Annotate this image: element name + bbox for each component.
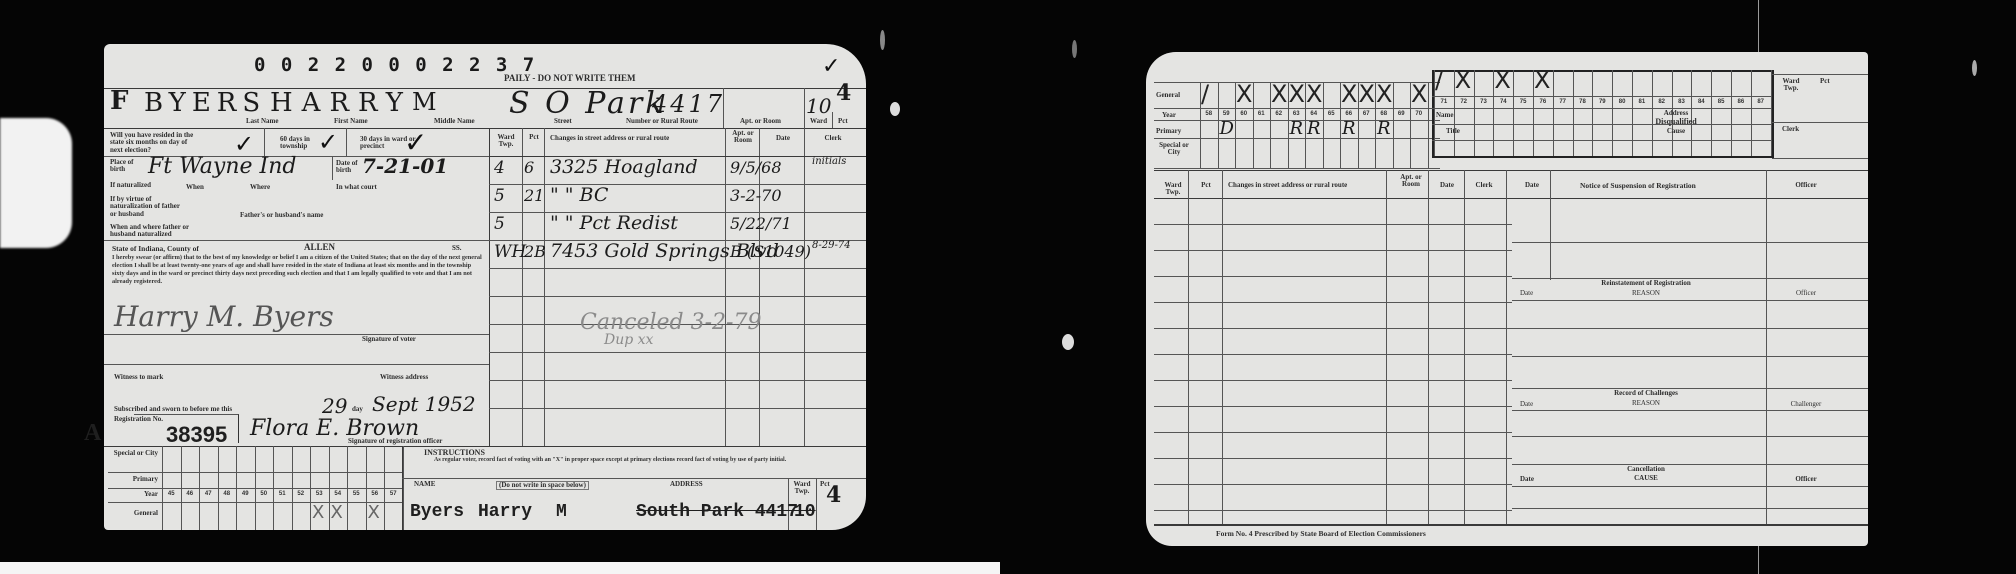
vote-year-back: 69 (1393, 111, 1411, 117)
divider (1154, 484, 1512, 485)
divider (162, 446, 163, 530)
label-changes-col: Changes in street address or rural route (1228, 182, 1347, 189)
vote-year-back: 71 (1434, 99, 1454, 105)
primary-vote-mark: R (1290, 118, 1304, 139)
label-do-not-write: (Do not write in space below) (496, 481, 589, 490)
divider (1512, 300, 1868, 301)
vote-year-back: 73 (1474, 99, 1494, 105)
label-address-col: ADDRESS (670, 481, 703, 488)
divider (1154, 354, 1512, 355)
vote-year: 49 (236, 491, 255, 497)
divider (1154, 108, 1440, 109)
divider (1154, 458, 1512, 459)
primary-vote-mark: R (1307, 118, 1321, 139)
divider (489, 184, 866, 185)
vote-year-back: 65 (1323, 111, 1341, 117)
vote-year-back: 86 (1731, 99, 1751, 105)
general-vote-mark: X (1306, 82, 1322, 106)
label-last-name: Last Name (246, 118, 278, 125)
vote-year-back: 61 (1253, 111, 1271, 117)
divider (1553, 70, 1554, 156)
change-pct: 2B (524, 242, 546, 261)
divider (366, 446, 367, 530)
divider (1751, 70, 1752, 156)
ward-number: 10 (806, 94, 831, 118)
label-pct: Pct (838, 118, 848, 125)
divider (1731, 70, 1732, 156)
divider (1432, 108, 1772, 109)
divider (1772, 158, 1868, 159)
label-middle-name: Middle Name (434, 118, 475, 125)
label-date-cancellation: Date (1520, 476, 1534, 483)
typed-middle-initial: M (556, 502, 567, 522)
general-vote-mark: / (1201, 82, 1209, 106)
vote-year-back: 60 (1235, 111, 1253, 117)
divider (1154, 224, 1512, 225)
divider (1513, 70, 1514, 156)
label-name-col: NAME (414, 481, 435, 488)
divider (1154, 302, 1512, 303)
divider (1428, 82, 1429, 168)
divider (1550, 170, 1551, 280)
label-apt-room-col: Apt. or Room (1396, 174, 1426, 189)
divider (1253, 82, 1254, 168)
label-pct-top: Pct (1820, 78, 1830, 85)
first-name: HARRY (270, 88, 412, 118)
label-number-rural-route: Number or Rural Route (626, 118, 698, 125)
vote-year-back: 62 (1270, 111, 1288, 117)
divider (1512, 486, 1868, 487)
divider (255, 446, 256, 530)
general-vote-mark: / (1435, 68, 1443, 92)
label-apt-of-room: Apt. or Room (728, 130, 758, 145)
change-date: 5/22/71 (730, 214, 792, 233)
label-special-city: Special or City (108, 450, 158, 457)
divider (1154, 328, 1512, 329)
rural-route-number: 4417 (652, 90, 725, 118)
divider (1154, 170, 1868, 171)
vote-year-back: 74 (1493, 99, 1513, 105)
label-signature-officer: Signature of registration officer (348, 438, 442, 445)
label-apt-room: Apt. or Room (740, 118, 781, 125)
registration-number: 38395 (166, 422, 227, 448)
label-subscribed: Subscribed and sworn to before me this (114, 406, 232, 413)
general-vote-mark: X (1455, 68, 1471, 92)
divider (1512, 464, 1868, 465)
label-clerk-top: Clerk (1782, 126, 1799, 133)
divider (1772, 122, 1868, 123)
divider (1432, 96, 1772, 97)
divider (1218, 82, 1219, 168)
label-pct-col: Pct (524, 134, 544, 141)
vote-year-back: 75 (1513, 99, 1533, 105)
label-date-col-back: Date (1432, 182, 1462, 189)
divider (1506, 170, 1507, 524)
divider (489, 296, 866, 297)
divider (1154, 432, 1512, 433)
label-ss: SS. (452, 245, 462, 252)
vote-year: 54 (329, 491, 348, 497)
label-primary: Primary (108, 476, 158, 483)
divider (1154, 524, 1868, 526)
vote-year: 53 (310, 491, 329, 497)
divider (1592, 70, 1593, 156)
scan-speck (1062, 334, 1074, 350)
typed-precinct: 4 (826, 482, 841, 508)
vote-year-back: 87 (1751, 99, 1771, 105)
label-day: day (352, 406, 363, 413)
label-first-name: First Name (334, 118, 368, 125)
divider (489, 380, 866, 381)
divider (1772, 74, 1868, 75)
overexposed-tab (0, 118, 72, 248)
label-signature-voter: Signature of voter (362, 336, 416, 343)
label-notice-suspension: Notice of Suspension of Registration (1580, 182, 1696, 190)
vote-year-back: 82 (1652, 99, 1672, 105)
label-ward-twp-col: Ward Twp. (1158, 182, 1188, 197)
divider (1771, 70, 1772, 156)
vote-year: 52 (292, 491, 311, 497)
divider (346, 128, 347, 156)
vote-year-back: 59 (1218, 111, 1236, 117)
label-ward-twp-top: Ward Twp. (1776, 78, 1806, 93)
change-date: B (S1049) (730, 242, 811, 261)
vote-year-back: 78 (1573, 99, 1593, 105)
county-name: ALLEN (304, 243, 335, 252)
divider (1154, 380, 1512, 381)
divider (104, 364, 489, 365)
label-place-of-birth: Place of birth (110, 159, 140, 174)
left-card-front: 0 0 2 2 0 0 0 2 2 3 7 PAILY - DO NOT WRI… (104, 44, 866, 530)
divider (489, 128, 490, 446)
label-reason-challenges: REASON (1556, 400, 1736, 407)
divider (273, 446, 274, 530)
label-clerk-col: Clerk (808, 135, 858, 142)
cancelled-sub: Dup xx (604, 332, 653, 348)
checkmark-icon: ✓ (318, 128, 338, 156)
label-officer-reinstatement: Officer (1776, 290, 1836, 297)
divider (1154, 250, 1512, 251)
vote-year-back: 64 (1305, 111, 1323, 117)
divider (1188, 170, 1189, 524)
divider (1432, 140, 1772, 141)
vote-year: 45 (162, 491, 181, 497)
label-state-county: State of Indiana, County of (112, 245, 199, 253)
change-date: 3-2-70 (730, 186, 782, 205)
label-when: When (186, 184, 204, 191)
primary-vote-mark: R (1377, 118, 1391, 139)
registration-prefix: A (84, 420, 101, 447)
change-ward: 5 (494, 186, 505, 206)
vote-year-back: 85 (1711, 99, 1731, 105)
label-reinstatement: Reinstatement of Registration (1556, 280, 1736, 287)
vote-year: 57 (384, 491, 403, 497)
precinct-number: 4 (836, 80, 851, 106)
divider (1512, 508, 1868, 509)
divider (1512, 242, 1868, 243)
last-name: BYERS (144, 88, 266, 118)
divider (1573, 70, 1574, 156)
change-ward: 4 (494, 158, 505, 178)
label-cause: CAUSE (1556, 475, 1736, 482)
label-title-back: Title (1446, 128, 1460, 135)
label-date-of-birth: Date of birth (336, 160, 364, 175)
label-change-header: Changes in street address or rural route (550, 135, 669, 142)
general-vote-mark: X (1411, 82, 1427, 106)
change-ward: WH (494, 242, 526, 262)
vote-year: 51 (273, 491, 292, 497)
vote-year-back: 83 (1672, 99, 1692, 105)
divider (1512, 410, 1868, 411)
label-in-what-court: In what court (336, 184, 377, 191)
divider (1512, 356, 1868, 357)
primary-vote-mark: D (1220, 118, 1234, 139)
general-vote-mark: X (1534, 68, 1550, 92)
divider (181, 446, 182, 530)
middle-initial: M (412, 88, 437, 116)
divider (804, 88, 805, 128)
divider (384, 446, 385, 530)
change-clerk: 8-29-74 (812, 240, 851, 251)
serial-number: 0 0 2 2 0 0 0 2 2 3 7 (254, 54, 536, 76)
sworn-day: 29 (322, 394, 347, 418)
vote-year: 47 (199, 491, 218, 497)
instructions-text: As regular voter, record fact of voting … (434, 457, 844, 464)
vote-year-back: 77 (1553, 99, 1573, 105)
label-reason-reinstatement: REASON (1556, 290, 1736, 297)
general-vote-mark: X (312, 504, 324, 522)
typed-address: South Park 4417 (636, 502, 798, 522)
scan-margin (0, 562, 1000, 574)
divider (1222, 170, 1223, 524)
vote-year: 50 (255, 491, 274, 497)
label-officer-suspension: Officer (1776, 182, 1836, 189)
divider (218, 446, 219, 530)
divider (544, 128, 545, 446)
label-name-back: Name (1436, 112, 1454, 119)
divider (832, 112, 833, 128)
oath-text: I hereby swear (or affirm) that to the b… (112, 254, 482, 286)
label-street: Street (554, 118, 572, 125)
vote-year-back: 81 (1632, 99, 1652, 105)
label-resided-state: Will you have resided in the state six m… (110, 132, 200, 154)
divider (1393, 82, 1394, 168)
scan-speck (890, 102, 900, 116)
vote-year-back: 70 (1410, 111, 1428, 117)
vote-year: 46 (181, 491, 200, 497)
label-where: Where (250, 184, 270, 191)
general-vote-mark: X (1271, 82, 1287, 106)
divider (104, 240, 489, 241)
vote-year: 56 (366, 491, 385, 497)
scan-speck (1972, 60, 1977, 76)
right-card-back: GeneralYearPrimarySpecial or City58/59D6… (1146, 52, 1868, 546)
name-box (1432, 70, 1774, 158)
divider (104, 334, 489, 335)
change-address: 3325 Hoagland (550, 156, 698, 178)
divider (1711, 70, 1712, 156)
divider (292, 446, 293, 530)
label-witness-mark: Witness to mark (114, 374, 163, 381)
typed-last-name: Byers (410, 502, 464, 522)
vote-year-back: 79 (1592, 99, 1612, 105)
divider (264, 128, 265, 156)
label-pct-col-back: Pct (1192, 182, 1220, 189)
divider (236, 446, 237, 530)
label-naturalized: If naturalized (110, 182, 151, 189)
divider (1323, 82, 1324, 168)
divider (1512, 436, 1868, 437)
scan-speck (1072, 40, 1077, 58)
divider (1512, 328, 1868, 329)
general-vote-mark: X (1376, 82, 1392, 106)
divider (332, 156, 333, 180)
divider (1464, 170, 1465, 524)
change-pct: 21 (524, 186, 544, 205)
divider (329, 446, 330, 530)
label-general-back: General (1156, 92, 1180, 99)
label-witness-address: Witness address (380, 374, 428, 381)
header-notice: PAILY - DO NOT WRITE THEM (504, 74, 635, 83)
street-address: S O Park (509, 86, 666, 121)
divider (1154, 276, 1512, 277)
label-cause-back: Cause (1646, 128, 1706, 135)
label-year: Year (108, 491, 158, 498)
general-vote-mark: X (1236, 82, 1252, 106)
scan-speck (880, 30, 885, 50)
divider (816, 478, 817, 530)
label-when-where-father: When and where father or husband natural… (110, 224, 192, 239)
divider (1154, 168, 1440, 169)
divider (1612, 70, 1613, 156)
divider (347, 446, 348, 530)
label-primary-back: Primary (1156, 128, 1181, 135)
label-date-suspension: Date (1514, 182, 1550, 189)
general-vote-mark: X (1359, 82, 1375, 106)
label-father-husband-name: Father's or husband's name (240, 212, 323, 219)
label-year-back: Year (1162, 112, 1176, 119)
place-of-birth: Ft Wayne Ind (148, 154, 296, 179)
label-record-challenges: Record of Challenges (1556, 390, 1736, 397)
divider (1154, 510, 1512, 511)
divider (489, 268, 866, 269)
general-vote-mark: X (1494, 68, 1510, 92)
change-address: " " Pct Redist (550, 212, 678, 234)
sworn-month-year: Sept 1952 (372, 392, 476, 416)
vote-year: 55 (347, 491, 366, 497)
general-vote-mark: X (1289, 82, 1305, 106)
divider (402, 478, 866, 479)
label-ward: Ward (810, 118, 827, 125)
typed-ward: 10 (794, 502, 816, 522)
divider (402, 446, 403, 530)
typed-first-name: Harry (478, 502, 532, 522)
vote-year-back: 67 (1358, 111, 1376, 117)
divider (199, 446, 200, 530)
vote-year-back: 76 (1533, 99, 1553, 105)
divider (1632, 70, 1633, 156)
divider (723, 88, 724, 128)
label-date-reinstatement: Date (1520, 290, 1533, 297)
general-vote-mark: X (331, 504, 343, 522)
change-date: 9/5/68 (730, 158, 782, 177)
divider (1432, 124, 1772, 125)
divider (1766, 170, 1767, 524)
label-date-challenges: Date (1520, 401, 1533, 408)
label-officer-cancellation: Officer (1776, 476, 1836, 483)
vote-year-back: 68 (1375, 111, 1393, 117)
label-challenger: Challenger (1776, 401, 1836, 408)
primary-vote-mark: R (1342, 118, 1356, 139)
vote-year-back: 80 (1612, 99, 1632, 105)
general-vote-mark: X (1341, 82, 1357, 106)
divider (1154, 198, 1868, 199)
label-cancellation: Cancellation (1556, 466, 1736, 473)
divider (489, 408, 866, 409)
divider (489, 352, 866, 353)
checkmark-icon: ✓ (822, 54, 840, 79)
divider (804, 128, 805, 446)
general-vote-mark: X (368, 504, 380, 522)
vote-year-back: 72 (1454, 99, 1474, 105)
label-special-city-back: Special or City (1154, 142, 1194, 157)
vote-year: 48 (218, 491, 237, 497)
date-of-birth: 7-21-01 (362, 154, 448, 178)
label-clerk-col-back: Clerk (1466, 182, 1502, 189)
divider (1386, 170, 1387, 524)
vote-year-back: 63 (1288, 111, 1306, 117)
label-date-col: Date (764, 135, 802, 142)
divider (522, 128, 523, 446)
label-ward-twp: Ward Twp. (492, 134, 520, 149)
label-naturalized-father: If by virtue of naturalization of father… (110, 196, 186, 218)
label-disqualified: Disqualified (1636, 118, 1716, 126)
change-pct: 6 (524, 158, 534, 177)
vote-year-back: 84 (1691, 99, 1711, 105)
divider (1474, 70, 1475, 156)
change-address: " " BC (550, 184, 608, 206)
vote-year-back: 66 (1340, 111, 1358, 117)
corner-mark: F (110, 86, 128, 116)
form-footer: Form No. 4 Prescribed by State Board of … (1216, 530, 1426, 538)
vote-year-back: 58 (1200, 111, 1218, 117)
divider (1154, 406, 1512, 407)
label-general: General (108, 510, 158, 517)
voter-signature: Harry M. Byers (114, 300, 334, 333)
change-clerk: initials (812, 156, 846, 167)
label-ward-twp-bottom: Ward Twp. (790, 481, 814, 496)
divider (1428, 170, 1429, 524)
divider (310, 446, 311, 530)
change-ward: 5 (494, 214, 505, 234)
divider (1512, 388, 1868, 389)
divider (725, 128, 726, 446)
